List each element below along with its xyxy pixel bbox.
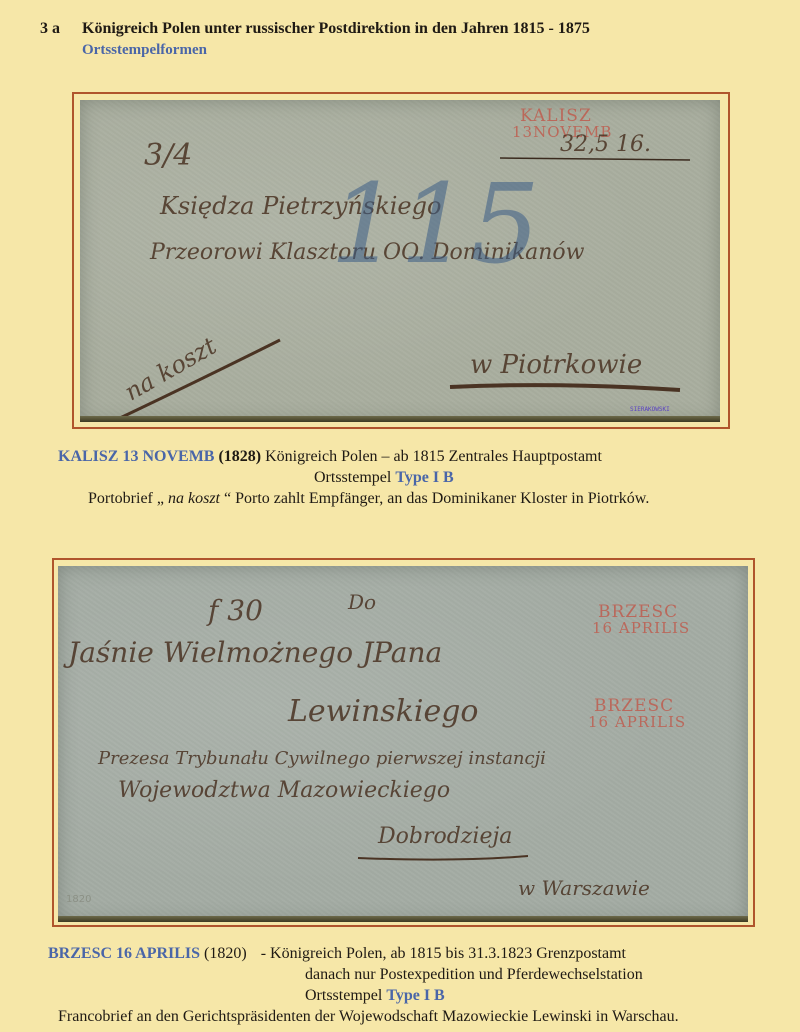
- caption-2-line-1: BRZESC 16 APRILIS (1820) - Königreich Po…: [48, 945, 626, 963]
- caption-2-line-2: danach nur Postexpedition und Pferdewech…: [305, 966, 643, 984]
- caption-2-year: (1820): [204, 945, 247, 962]
- section-number: 3 a: [40, 20, 60, 38]
- letter-2-underlines: [58, 566, 748, 922]
- caption-1-line-2: Ortsstempel Type I B: [314, 469, 454, 487]
- caption-1-line-1: KALISZ 13 NOVEMB (1828) Königreich Polen…: [58, 448, 602, 466]
- caption-2-type: Type I B: [386, 987, 444, 1004]
- caption-1-stamp-name: KALISZ 13 NOVEMB: [58, 448, 214, 465]
- caption-2-line-4: Francobrief an den Gerichtspräsidenten d…: [58, 1008, 679, 1026]
- letter-1-image: KALISZ 13NOVEMB 32,5 16. 3/4 Księdza Pie…: [80, 100, 720, 422]
- caption-2-line-3: Ortsstempel Type I B: [305, 987, 445, 1005]
- caption-2-stamp-name: BRZESC 16 APRILIS: [48, 945, 200, 962]
- caption-1-line-3: Portobrief „ na koszt “ Porto zahlt Empf…: [88, 490, 649, 508]
- page-title: Königreich Polen unter russischer Postdi…: [82, 20, 590, 38]
- page-subtitle: Ortsstempelformen: [82, 42, 207, 59]
- caption-1-year: (1828): [218, 448, 261, 465]
- letter-2-image: BRZESC 16 APRILIS BRZESC 16 APRILIS f 30…: [58, 566, 748, 922]
- letter-1-underlines: [80, 100, 720, 422]
- caption-1-type: Type I B: [395, 469, 453, 486]
